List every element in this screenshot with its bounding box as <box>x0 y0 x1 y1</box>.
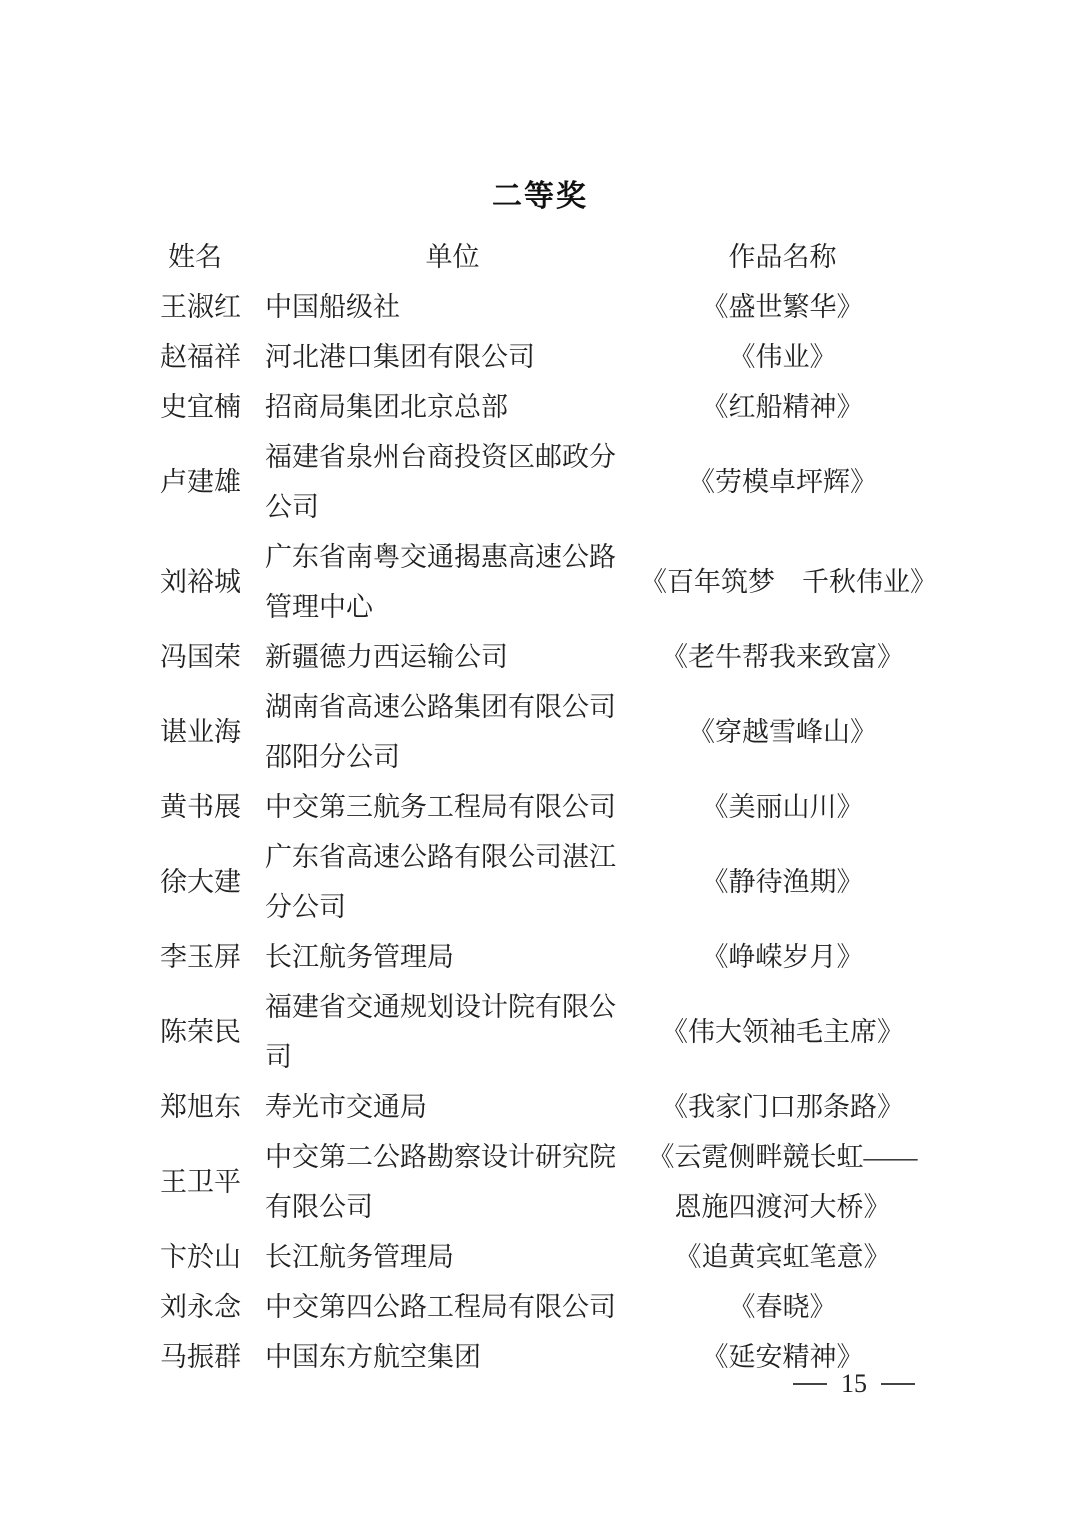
table-row: 史宜楠 招商局集团北京总部 《红船精神》 <box>160 382 925 432</box>
table-row: 李玉屏 长江航务管理局 《峥嵘岁月》 <box>160 932 925 982</box>
table-row: 徐大建 广东省高速公路有限公司湛江 分公司 《静待渔期》 <box>160 832 925 932</box>
work-cell: 《百年筑梦 千秋伟业》 <box>640 557 925 607</box>
work-cell: 《老牛帮我来致富》 <box>640 632 925 682</box>
name-cell: 郑旭东 <box>160 1082 265 1132</box>
name-cell: 赵福祥 <box>160 332 265 382</box>
table-row: 郑旭东 寿光市交通局 《我家门口那条路》 <box>160 1082 925 1132</box>
table-row: 王淑红 中国船级社 《盛世繁华》 <box>160 282 925 332</box>
work-cell: 《静待渔期》 <box>640 857 925 907</box>
table-row: 赵福祥 河北港口集团有限公司 《伟业》 <box>160 332 925 382</box>
unit-cell: 中国东方航空集团 <box>265 1332 640 1382</box>
unit-cell: 福建省泉州台商投资区邮政分 公司 <box>265 432 640 532</box>
header-work: 作品名称 <box>640 232 925 282</box>
work-cell: 《红船精神》 <box>640 382 925 432</box>
table-row: 陈荣民 福建省交通规划设计院有限公司 《伟大领袖毛主席》 <box>160 982 925 1082</box>
page-number: 15 <box>793 1369 915 1399</box>
table-header-row: 姓名 单位 作品名称 <box>160 232 925 282</box>
unit-cell: 长江航务管理局 <box>265 1232 640 1282</box>
unit-cell: 中交第二公路勘察设计研究院 有限公司 <box>265 1132 640 1232</box>
name-cell: 卢建雄 <box>160 457 265 507</box>
page-title: 二等奖 <box>0 0 1080 216</box>
name-cell: 徐大建 <box>160 857 265 907</box>
work-cell: 《春晓》 <box>640 1282 925 1332</box>
unit-cell: 新疆德力西运输公司 <box>265 632 640 682</box>
unit-cell: 福建省交通规划设计院有限公司 <box>265 982 640 1082</box>
work-cell: 《我家门口那条路》 <box>640 1082 925 1132</box>
unit-cell: 广东省高速公路有限公司湛江 分公司 <box>265 832 640 932</box>
work-cell: 《劳模卓坪辉》 <box>640 457 925 507</box>
page-number-value: 15 <box>841 1369 867 1399</box>
header-unit: 单位 <box>265 232 640 282</box>
name-cell: 黄书展 <box>160 782 265 832</box>
page-number-dash-right <box>881 1383 915 1385</box>
table-row: 冯国荣 新疆德力西运输公司 《老牛帮我来致富》 <box>160 632 925 682</box>
work-cell: 《穿越雪峰山》 <box>640 707 925 757</box>
awards-table-body: 王淑红 中国船级社 《盛世繁华》 赵福祥 河北港口集团有限公司 《伟业》 史宜楠… <box>160 282 925 1382</box>
awards-table: 姓名 单位 作品名称 王淑红 中国船级社 《盛世繁华》 赵福祥 河北港口集团有限… <box>160 232 925 1382</box>
unit-cell: 广东省南粤交通揭惠高速公路 管理中心 <box>265 532 640 632</box>
work-cell: 《伟业》 <box>640 332 925 382</box>
unit-cell: 中国船级社 <box>265 282 640 332</box>
table-row: 刘裕城 广东省南粤交通揭惠高速公路 管理中心 《百年筑梦 千秋伟业》 <box>160 532 925 632</box>
document-page: 二等奖 姓名 单位 作品名称 王淑红 中国船级社 《盛世繁华》 赵福祥 河北港口… <box>0 0 1080 1527</box>
table-row: 卢建雄 福建省泉州台商投资区邮政分 公司 《劳模卓坪辉》 <box>160 432 925 532</box>
work-cell: 《盛世繁华》 <box>640 282 925 332</box>
name-cell: 陈荣民 <box>160 1007 265 1057</box>
name-cell: 王淑红 <box>160 282 265 332</box>
name-cell: 马振群 <box>160 1332 265 1382</box>
unit-cell: 中交第四公路工程局有限公司 <box>265 1282 640 1332</box>
table-row: 卞於山 长江航务管理局 《追黄宾虹笔意》 <box>160 1232 925 1282</box>
name-cell: 史宜楠 <box>160 382 265 432</box>
header-name: 姓名 <box>160 232 265 282</box>
name-cell: 冯国荣 <box>160 632 265 682</box>
name-cell: 王卫平 <box>160 1157 265 1207</box>
table-row: 王卫平 中交第二公路勘察设计研究院 有限公司 《云霓侧畔競长虹—— 恩施四渡河大… <box>160 1132 925 1232</box>
name-cell: 刘裕城 <box>160 557 265 607</box>
unit-cell: 中交第三航务工程局有限公司 <box>265 782 640 832</box>
page-number-dash-left <box>793 1383 827 1385</box>
work-cell: 《峥嵘岁月》 <box>640 932 925 982</box>
work-cell: 《伟大领袖毛主席》 <box>640 1007 925 1057</box>
work-cell: 《美丽山川》 <box>640 782 925 832</box>
name-cell: 李玉屏 <box>160 932 265 982</box>
table-row: 刘永念 中交第四公路工程局有限公司 《春晓》 <box>160 1282 925 1332</box>
unit-cell: 长江航务管理局 <box>265 932 640 982</box>
unit-cell: 河北港口集团有限公司 <box>265 332 640 382</box>
name-cell: 刘永念 <box>160 1282 265 1332</box>
name-cell: 卞於山 <box>160 1232 265 1282</box>
work-cell: 《追黄宾虹笔意》 <box>640 1232 925 1282</box>
unit-cell: 湖南省高速公路集团有限公司 邵阳分公司 <box>265 682 640 782</box>
unit-cell: 寿光市交通局 <box>265 1082 640 1132</box>
name-cell: 谌业海 <box>160 707 265 757</box>
table-row: 谌业海 湖南省高速公路集团有限公司 邵阳分公司 《穿越雪峰山》 <box>160 682 925 782</box>
unit-cell: 招商局集团北京总部 <box>265 382 640 432</box>
work-cell: 《云霓侧畔競长虹—— 恩施四渡河大桥》 <box>640 1132 925 1232</box>
table-row: 黄书展 中交第三航务工程局有限公司 《美丽山川》 <box>160 782 925 832</box>
